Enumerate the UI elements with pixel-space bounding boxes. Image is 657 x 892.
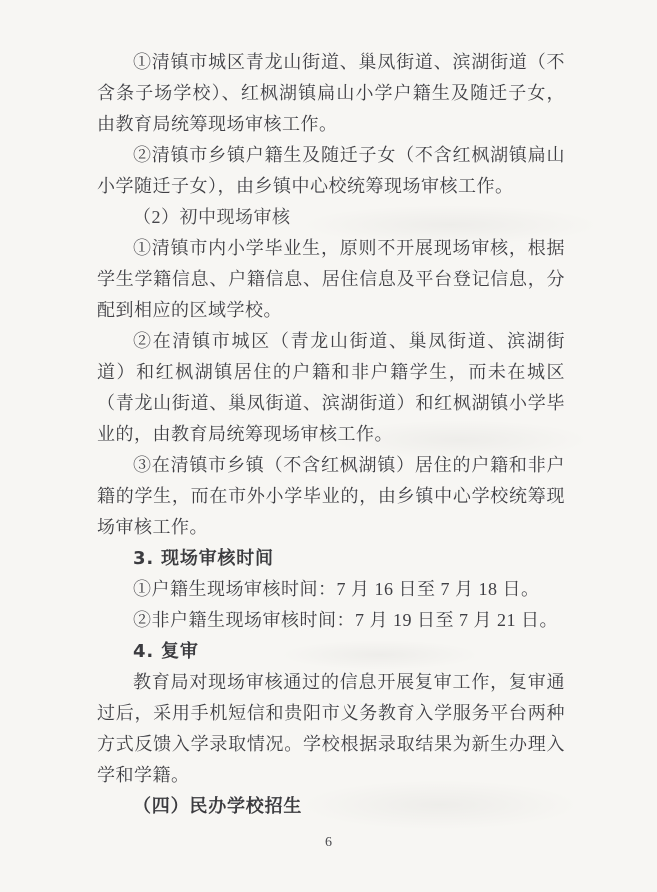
document-body: ①清镇市城区青龙山街道、巢凤街道、滨湖街道（不含条子场学校）、红枫湖镇扁山小学户… bbox=[97, 47, 565, 822]
page-footer: 6 bbox=[0, 833, 657, 851]
subheading-junior-onsite-audit: （2）初中现场审核 bbox=[97, 202, 565, 233]
paragraph-re-review: 教育局对现场审核通过的信息开展复审工作，复审通过后，采用手机短信和贵阳市义务教育… bbox=[97, 667, 565, 791]
document-page: ①清镇市城区青龙山街道、巢凤街道、滨湖街道（不含条子场学校）、红枫湖镇扁山小学户… bbox=[0, 0, 657, 892]
paragraph-junior-audit-3: ③在清镇市乡镇（不含红枫湖镇）居住的户籍和非户籍的学生，而在市外小学毕业的，由乡… bbox=[97, 450, 565, 543]
paragraph-audit-time-1: ①户籍生现场审核时间：7 月 16 日至 7 月 18 日。 bbox=[97, 574, 565, 605]
page-number: 6 bbox=[325, 835, 332, 850]
paragraph-junior-audit-1: ①清镇市内小学毕业生，原则不开展现场审核，根据学生学籍信息、户籍信息、居住信息及… bbox=[97, 233, 565, 326]
heading-re-review: 4. 复审 bbox=[97, 636, 565, 667]
paragraph-audit-time-2: ②非户籍生现场审核时间：7 月 19 日至 7 月 21 日。 bbox=[97, 605, 565, 636]
heading-private-school-enrollment: （四）民办学校招生 bbox=[97, 791, 565, 822]
heading-onsite-audit-time: 3. 现场审核时间 bbox=[97, 543, 565, 574]
paragraph-junior-audit-2: ②在清镇市城区（青龙山街道、巢凤街道、滨湖街道）和红枫湖镇居住的户籍和非户籍学生… bbox=[97, 326, 565, 450]
paragraph-primary-audit-2: ②清镇市乡镇户籍生及随迁子女（不含红枫湖镇扁山小学随迁子女），由乡镇中心校统筹现… bbox=[97, 140, 565, 202]
paragraph-primary-audit-1: ①清镇市城区青龙山街道、巢凤街道、滨湖街道（不含条子场学校）、红枫湖镇扁山小学户… bbox=[97, 47, 565, 140]
